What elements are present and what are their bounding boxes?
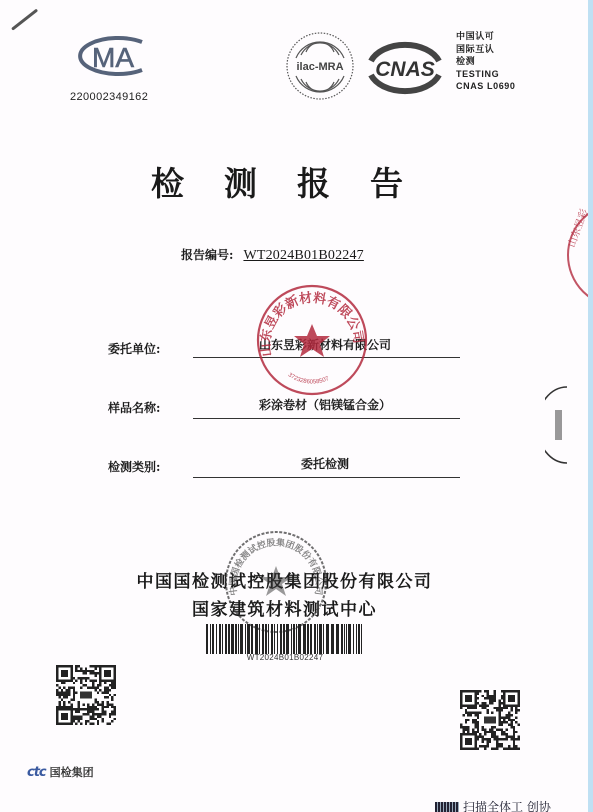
report-number-label: 报告编号: [181, 248, 233, 262]
test-type-underline [193, 477, 460, 478]
issuer-company-name: 中国国检测试控股集团股份有限公司 [0, 567, 593, 592]
report-cover-page: MA 220002349162 ilac-MRA CNAS 中国认可 国际互认 … [0, 0, 588, 812]
qr-code-icon [56, 665, 116, 725]
page-edge [588, 0, 593, 812]
cnas-line: 国际互认 [456, 43, 516, 56]
cma-number: 220002349162 [70, 91, 148, 103]
barcode-icon [206, 624, 364, 654]
cnas-logo-icon: CNAS [363, 35, 447, 99]
ilac-mra-logo-icon: ilac-MRA [284, 30, 356, 102]
barcode-number: WT2024B01B02247 [206, 653, 364, 662]
qr-code-icon [460, 690, 520, 750]
cma-logo-icon: MA [72, 34, 154, 78]
issuer-center-name: 国家建筑材料测试中心 [0, 595, 593, 620]
pen-mark [11, 9, 38, 31]
next-page-peek: 扫描全体工 创协 [435, 798, 551, 812]
client-underline [193, 357, 460, 358]
report-number: 报告编号:WT2024B01B02247 [181, 246, 364, 264]
title-char: 检 [151, 158, 224, 205]
title-char: 报 [297, 158, 370, 205]
peek-text: 扫描全体工 创协 [463, 800, 551, 812]
cnas-line: CNAS L0690 [456, 80, 516, 93]
test-type-label: 检测类别: [108, 458, 160, 475]
test-type-value: 委托检测 [190, 455, 460, 472]
title-char: 测 [224, 158, 297, 205]
sample-name-value: 彩涂卷材（铝镁锰合金） [190, 396, 460, 413]
report-number-value: WT2024B01B02247 [243, 248, 363, 263]
mini-qr-icon [435, 802, 459, 812]
cnas-accreditation-text: 中国认可 国际互认 检测 TESTING CNAS L0690 [456, 30, 516, 93]
svg-text:MA: MA [92, 42, 134, 73]
sample-name-underline [193, 418, 460, 419]
cnas-line: TESTING [456, 68, 516, 81]
document-title: 检测报告 [0, 158, 560, 205]
client-value: 山东昱彩新材料有限公司 [190, 336, 460, 353]
svg-text:山东昱彩: 山东昱彩 [565, 207, 591, 249]
cttc-group-logo: ctc国检集团 [27, 764, 94, 780]
cnas-line: 检测 [456, 55, 516, 68]
svg-text:3723286058507: 3723286058507 [287, 372, 331, 385]
partial-seam-stamp-icon [545, 385, 570, 465]
cttc-logo-icon: ctc [27, 765, 46, 780]
svg-text:ilac-MRA: ilac-MRA [296, 61, 343, 73]
cnas-line: 中国认可 [456, 30, 516, 43]
client-label: 委托单位: [108, 340, 160, 357]
title-char: 告 [370, 158, 443, 205]
group-name: 国检集团 [50, 766, 94, 779]
sample-name-label: 样品名称: [108, 399, 160, 416]
svg-text:CNAS: CNAS [375, 58, 435, 81]
